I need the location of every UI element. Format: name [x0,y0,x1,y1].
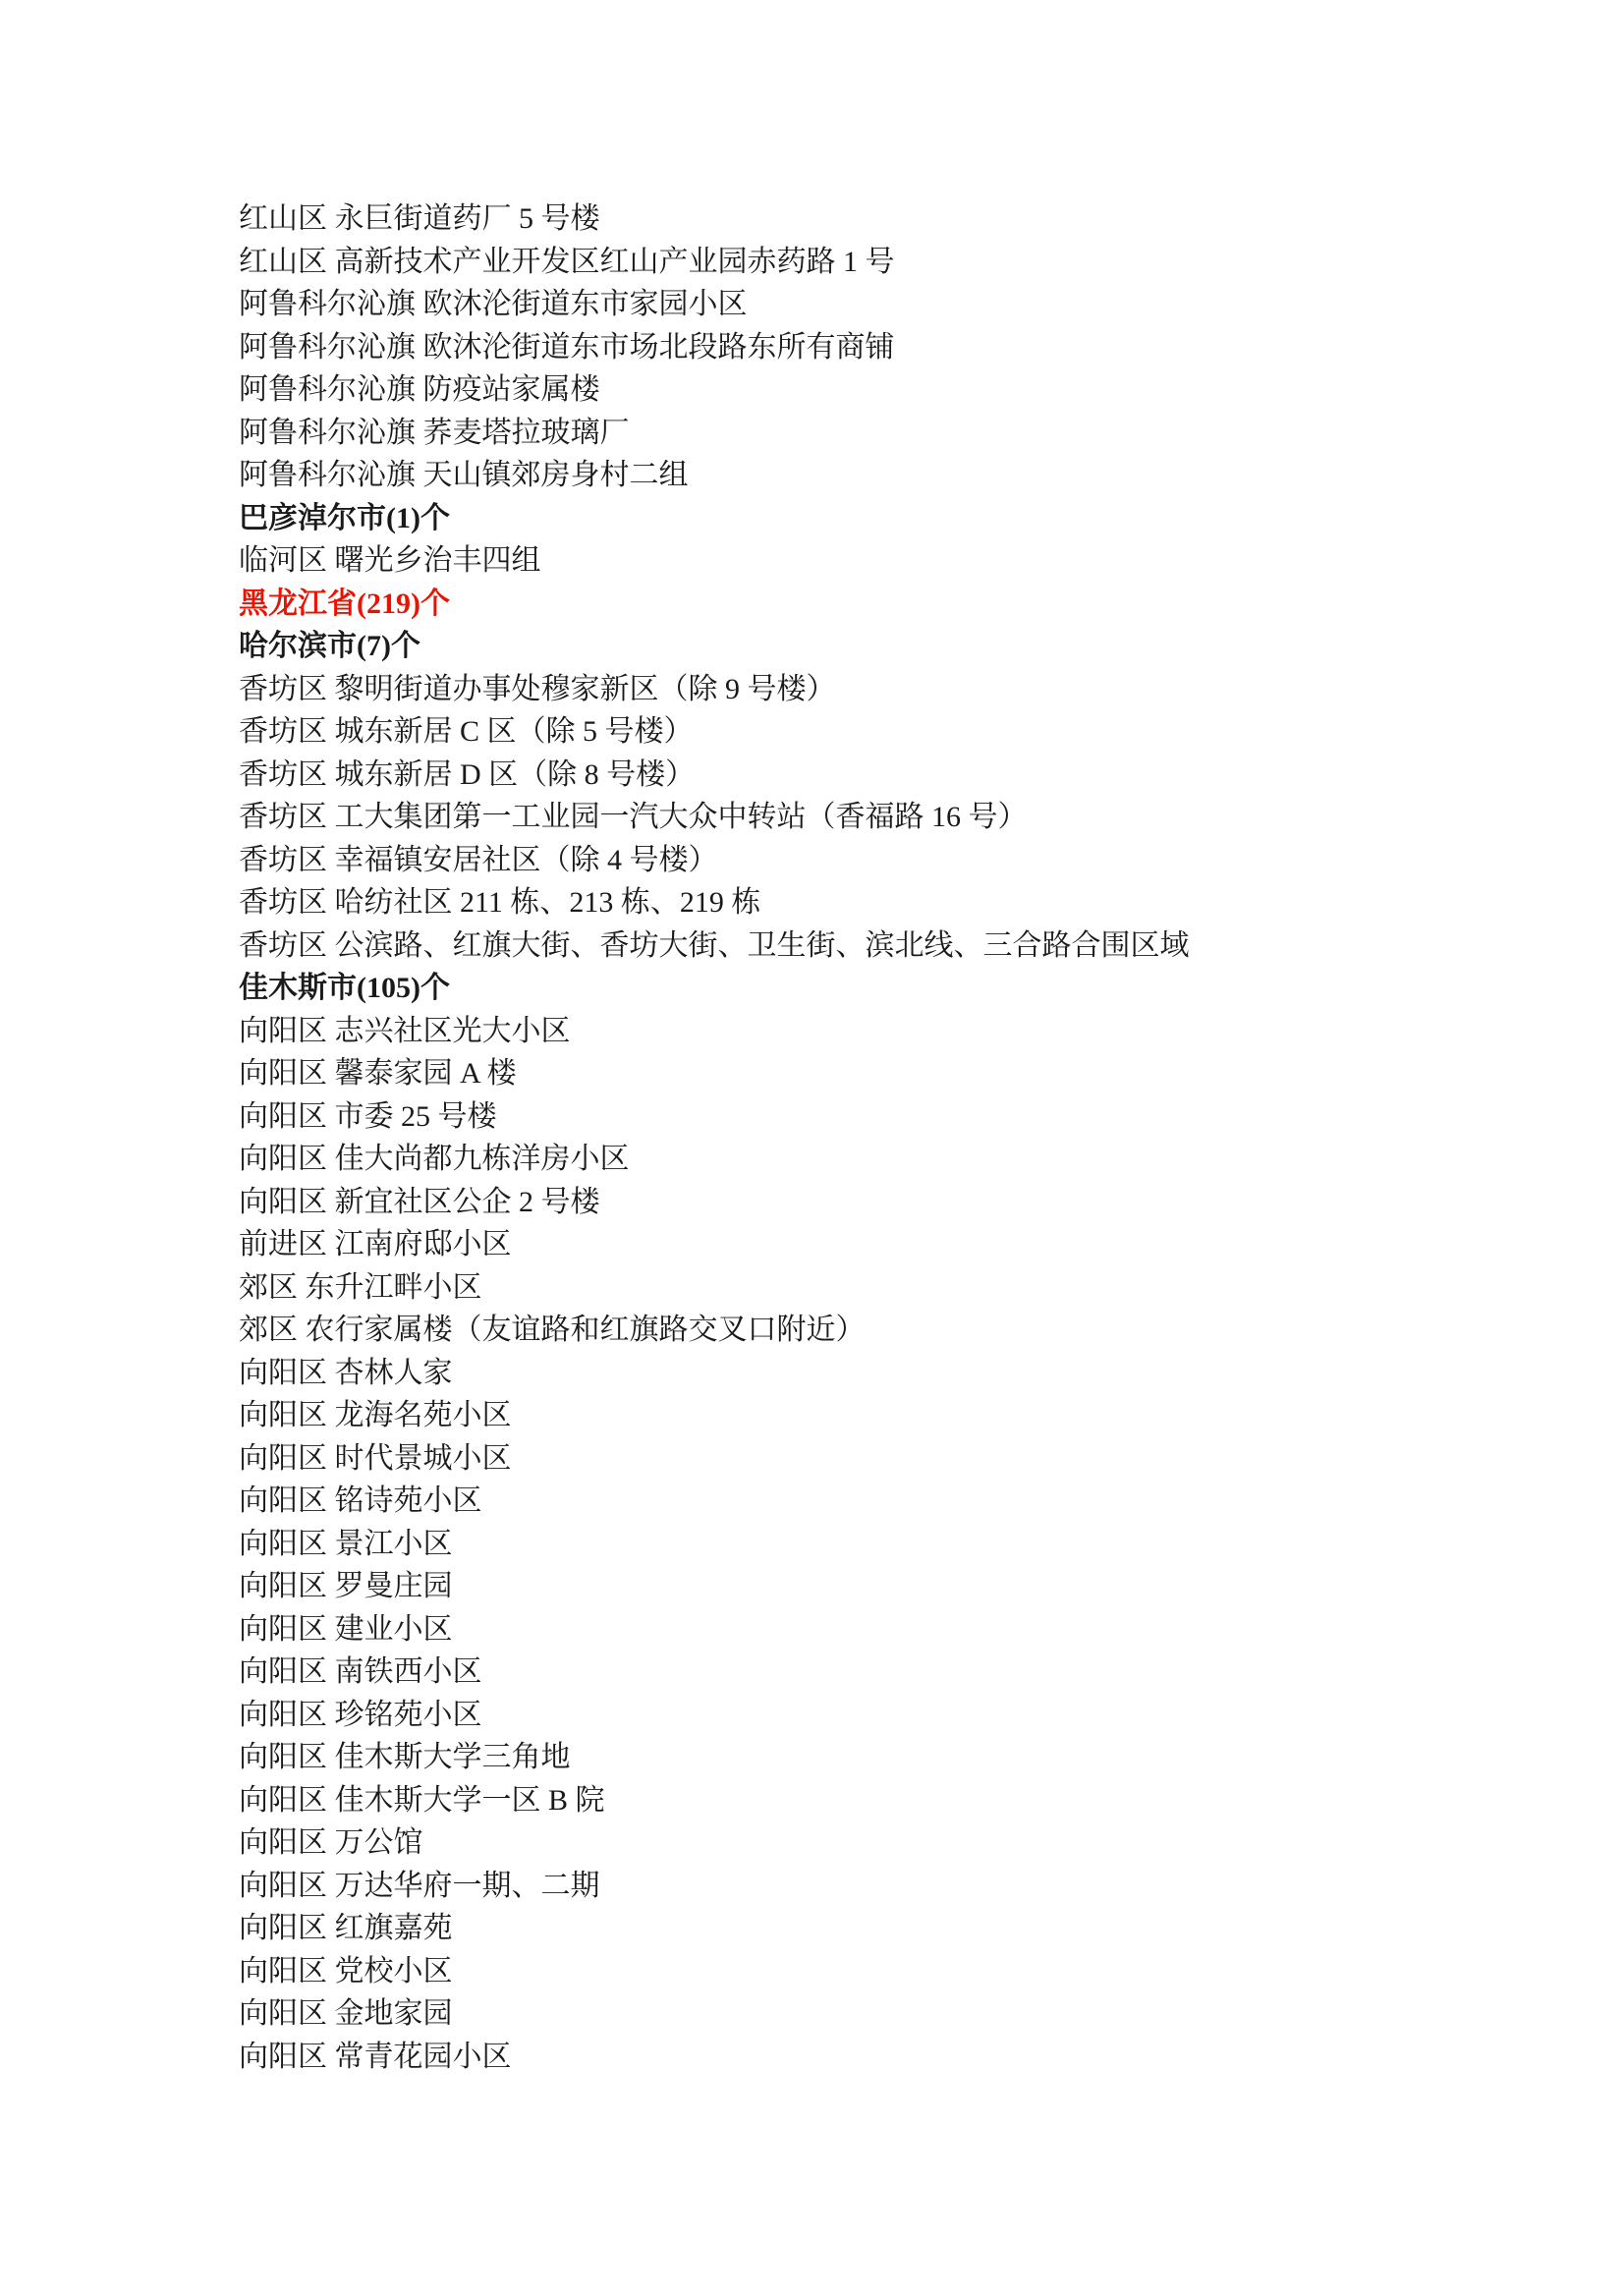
list-item: 阿鲁科尔沁旗 欧沐沦街道东市场北段路东所有商铺 [239,326,1457,369]
list-item: 阿鲁科尔沁旗 天山镇郊房身村二组 [239,454,1457,497]
list-item: 向阳区 时代景城小区 [239,1437,1457,1481]
list-item: 前进区 江南府邸小区 [239,1223,1457,1266]
province-header: 黑龙江省(219)个 [239,583,1457,626]
list-item: 郊区 东升江畔小区 [239,1266,1457,1310]
list-item: 向阳区 佳大尚都九栋洋房小区 [239,1138,1457,1181]
list-item: 向阳区 杏林人家 [239,1352,1457,1395]
list-item: 向阳区 金地家园 [239,1992,1457,2036]
list-item: 阿鲁科尔沁旗 欧沐沦街道东市家园小区 [239,283,1457,326]
list-item: 向阳区 馨泰家园 A 楼 [239,1052,1457,1095]
list-item: 向阳区 佳木斯大学一区 B 院 [239,1779,1457,1822]
list-item: 向阳区 景江小区 [239,1523,1457,1566]
list-item: 向阳区 佳木斯大学三角地 [239,1736,1457,1779]
list-item: 向阳区 珍铭苑小区 [239,1694,1457,1737]
list-item: 香坊区 城东新居 D 区（除 8 号楼） [239,754,1457,797]
list-item: 向阳区 罗曼庄园 [239,1565,1457,1608]
list-item: 向阳区 南铁西小区 [239,1651,1457,1694]
city-header: 巴彦淖尔市(1)个 [239,497,1457,540]
list-item: 向阳区 万达华府一期、二期 [239,1865,1457,1908]
list-item: 阿鲁科尔沁旗 荞麦塔拉玻璃厂 [239,412,1457,455]
list-item: 向阳区 市委 25 号楼 [239,1095,1457,1139]
list-item: 香坊区 城东新居 C 区（除 5 号楼） [239,710,1457,754]
list-item: 香坊区 哈纺社区 211 栋、213 栋、219 栋 [239,881,1457,924]
list-item: 临河区 曙光乡治丰四组 [239,539,1457,583]
list-item: 郊区 农行家属楼（友谊路和红旗路交叉口附近） [239,1309,1457,1352]
list-item: 向阳区 龙海名苑小区 [239,1394,1457,1437]
list-item: 香坊区 公滨路、红旗大街、香坊大街、卫生街、滨北线、三合路合围区域 [239,924,1457,968]
list-item: 向阳区 建业小区 [239,1608,1457,1651]
list-item: 向阳区 志兴社区光大小区 [239,1010,1457,1053]
list-item: 香坊区 工大集团第一工业园一汽大众中转站（香福路 16 号） [239,796,1457,839]
list-item: 香坊区 幸福镇安居社区（除 4 号楼） [239,839,1457,882]
city-header: 佳木斯市(105)个 [239,967,1457,1010]
list-item: 向阳区 常青花园小区 [239,2036,1457,2079]
document-page: 红山区 永巨街道药厂 5 号楼红山区 高新技术产业开发区红山产业园赤药路 1 号… [0,0,1624,2295]
list-item: 向阳区 铭诗苑小区 [239,1480,1457,1523]
list-item: 红山区 永巨街道药厂 5 号楼 [239,197,1457,241]
list-item: 向阳区 党校小区 [239,1950,1457,1993]
list-item: 阿鲁科尔沁旗 防疫站家属楼 [239,368,1457,412]
city-header: 哈尔滨市(7)个 [239,625,1457,668]
list-item: 向阳区 新宜社区公企 2 号楼 [239,1181,1457,1224]
address-list: 红山区 永巨街道药厂 5 号楼红山区 高新技术产业开发区红山产业园赤药路 1 号… [239,197,1457,2078]
list-item: 向阳区 万公馆 [239,1821,1457,1865]
list-item: 香坊区 黎明街道办事处穆家新区（除 9 号楼） [239,668,1457,711]
list-item: 向阳区 红旗嘉苑 [239,1907,1457,1950]
list-item: 红山区 高新技术产业开发区红山产业园赤药路 1 号 [239,241,1457,284]
